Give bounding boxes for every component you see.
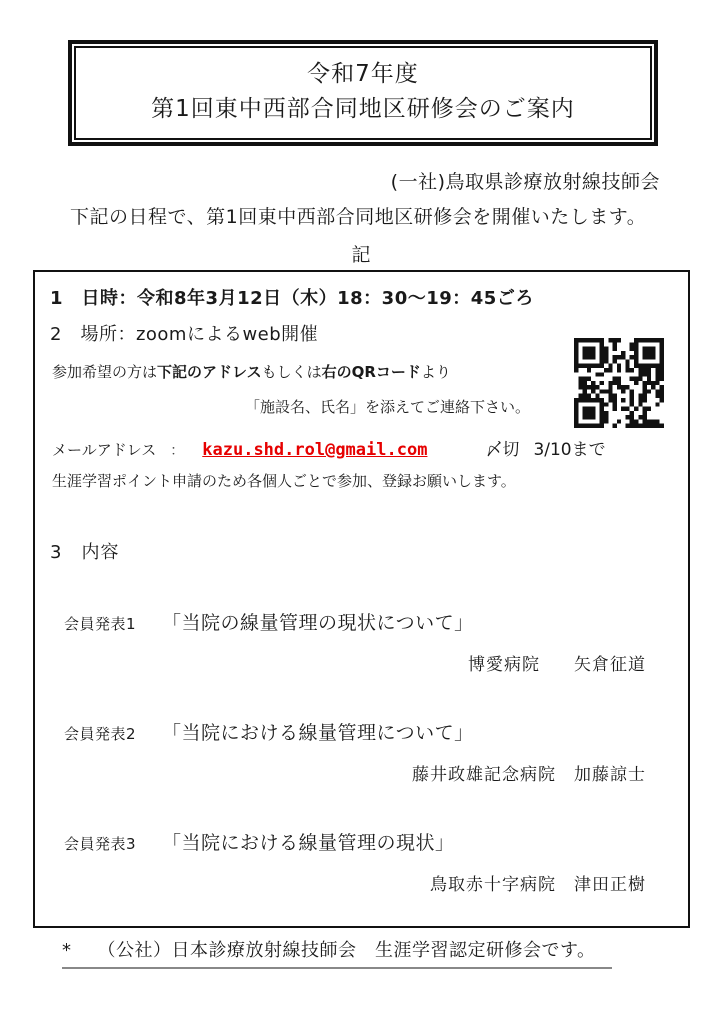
presentation-1-title: 「当院の線量管理の現状について」	[162, 608, 474, 635]
presentation-2-affiliation: 藤井政雄記念病院	[412, 760, 556, 785]
presentation-3-speaker-row: 鳥取赤十字病院 津田正樹	[430, 870, 646, 895]
fiscal-year-title: 令和7年度	[80, 57, 646, 92]
presentation-3-affiliation: 鳥取赤十字病院	[430, 870, 556, 895]
participation-text: もしくは	[262, 363, 322, 381]
venue-line: 2 場所：zoomによるweb開催	[50, 320, 318, 346]
deadline-label: 〆切	[485, 435, 519, 460]
event-title: 第1回東中西部合同地区研修会のご案内	[80, 92, 646, 127]
presentation-3-label: 会員発表3	[64, 833, 136, 854]
details-box: 1 日時：令和8年3月12日（木）18：30～19：45ごろ 2 場所：zoom…	[33, 270, 690, 928]
participation-note: 参加希望の方は下記のアドレスもしくは右のQRコードより	[52, 361, 451, 382]
presentation-2-speaker: 加藤諒士	[574, 760, 646, 785]
qr-code-image	[574, 338, 664, 428]
footer-asterisk: *	[62, 940, 72, 961]
contact-instruction: 「施設名、氏名」を添えてご連絡下さい。	[245, 396, 530, 417]
presentation-3-row: 会員発表3 「当院における線量管理の現状」	[64, 828, 455, 855]
participation-text: より	[421, 363, 451, 381]
presentation-2-row: 会員発表2 「当院における線量管理について」	[64, 718, 474, 745]
presentation-2-speaker-row: 藤井政雄記念病院 加藤諒士	[412, 760, 646, 785]
registration-note: 生涯学習ポイント申請のため各個人ごとで参加、登録お願いします。	[52, 470, 516, 491]
footer-certification-note: * （公社）日本診療放射線技師会 生涯学習認定研修会です。	[62, 936, 612, 969]
presentation-3-title: 「当院における線量管理の現状」	[162, 828, 455, 855]
email-label: メールアドレス	[52, 439, 156, 460]
datetime-line: 1 日時：令和8年3月12日（木）18：30～19：45ごろ	[50, 284, 534, 310]
presentation-3-speaker: 津田正樹	[574, 870, 646, 895]
title-box-inner: 令和7年度 第1回東中西部合同地区研修会のご案内	[74, 46, 652, 140]
presentation-2-label: 会員発表2	[64, 723, 136, 744]
presentation-1-row: 会員発表1 「当院の線量管理の現状について」	[64, 608, 474, 635]
participation-address-emphasis: 下記のアドレス	[157, 363, 262, 381]
participation-text: 参加希望の方は	[52, 363, 157, 381]
announcement-document: 令和7年度 第1回東中西部合同地区研修会のご案内 (一社)鳥取県診療放射線技師会…	[0, 0, 724, 1024]
email-address-link[interactable]: kazu.shd.rol@gmail.com	[202, 440, 427, 460]
presentation-1-speaker: 矢倉征道	[574, 650, 646, 675]
email-separator: ：	[170, 440, 184, 460]
presentation-1-speaker-row: 博愛病院 矢倉征道	[468, 650, 646, 675]
presentation-2-title: 「当院における線量管理について」	[162, 718, 474, 745]
deadline-date: 3/10まで	[533, 435, 605, 460]
intro-sentence: 下記の日程で、第1回東中西部合同地区研修会を開催いたします。	[70, 202, 646, 229]
presentation-1-label: 会員発表1	[64, 613, 136, 634]
contents-heading: 3 内容	[50, 538, 119, 564]
participation-qr-emphasis: 右のQRコード	[322, 363, 421, 381]
organization-name: (一社)鳥取県診療放射線技師会	[391, 167, 660, 194]
email-row: メールアドレス ： kazu.shd.rol@gmail.com 〆切 3/10…	[52, 435, 606, 460]
footer-text: （公社）日本診療放射線技師会 生涯学習認定研修会です。	[98, 936, 596, 962]
title-box: 令和7年度 第1回東中西部合同地区研修会のご案内	[68, 40, 658, 146]
presentation-1-affiliation: 博愛病院	[468, 650, 540, 675]
record-mark: 記	[0, 240, 724, 267]
